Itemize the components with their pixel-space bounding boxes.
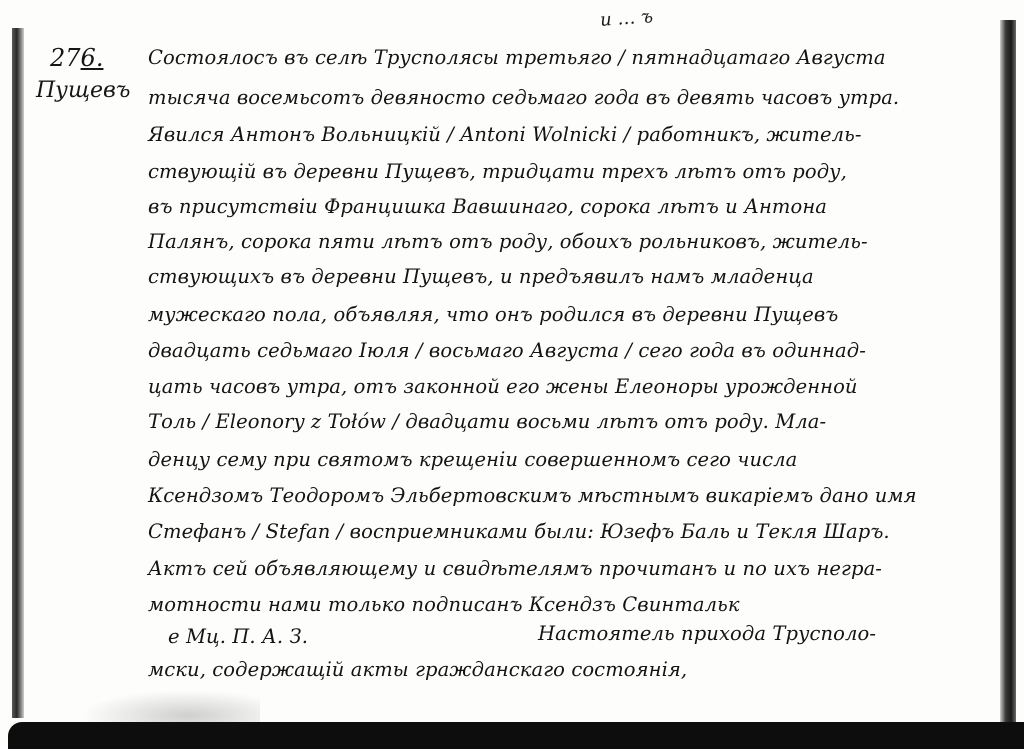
scan-noise (80, 690, 260, 722)
record-line-5: въ присутствіи Францишка Вавшинаго, соро… (148, 195, 827, 218)
top-annotation: и … ъ (599, 6, 653, 31)
rector-line: Настоятель прихода Трусполо- (538, 622, 876, 645)
record-line-11: Толь / Eleonory z Tołów / двадцати восьм… (148, 410, 826, 433)
signature-line: е Мц. П. А. З. (168, 625, 308, 648)
margin-village-name: Пущевъ (36, 78, 130, 103)
record-line-8: мужескаго пола, объявляя, что онъ родилс… (148, 303, 838, 326)
left-binding-shadow (12, 28, 24, 718)
entry-number: 276. (50, 44, 103, 72)
record-line-16: мотности нами только подписанъ Ксендзъ С… (148, 593, 740, 616)
record-line-15: Актъ сей объявляющему и свидѣтелямъ проч… (148, 557, 882, 580)
record-line-12: денцу сему при святомъ крещеніи совершен… (148, 448, 797, 471)
record-line-13: Ксендзомъ Теодоромъ Эльбертовскимъ мѣстн… (148, 484, 917, 507)
record-line-3: Явился Антонъ Вольницкій / Antoni Wolnic… (148, 123, 862, 146)
record-line-2: тысяча восемьсотъ девяносто седьмаго год… (148, 86, 899, 109)
record-line-7: ствующихъ въ деревни Пущевъ, и предъявил… (148, 265, 814, 288)
record-line-4: ствующій въ деревни Пущевъ, тридцати тре… (148, 160, 847, 183)
entry-number-suffix: 6. (81, 44, 104, 72)
record-line-9: двадцать седьмаго Іюля / восьмаго Август… (148, 339, 866, 362)
bottom-page-edge (8, 722, 1024, 749)
right-binding-shadow (1000, 20, 1016, 730)
record-line-14: Стефанъ / Stefan / восприемниками были: … (148, 520, 890, 543)
record-line-1: Состоялосъ въ селѣ Трусполясы третьяго /… (148, 46, 886, 69)
record-line-6: Палянъ, сорока пяти лѣтъ отъ роду, обоих… (148, 230, 868, 253)
scanned-register-page: 276. Пущевъ и … ъ Состоялосъ въ селѣ Тру… (0, 0, 1024, 749)
record-final-line: мски, содержащій акты гражданскаго состо… (148, 658, 687, 681)
entry-number-prefix: 27 (50, 44, 81, 72)
record-line-10: цать часовъ утра, отъ законной его жены … (148, 375, 858, 398)
